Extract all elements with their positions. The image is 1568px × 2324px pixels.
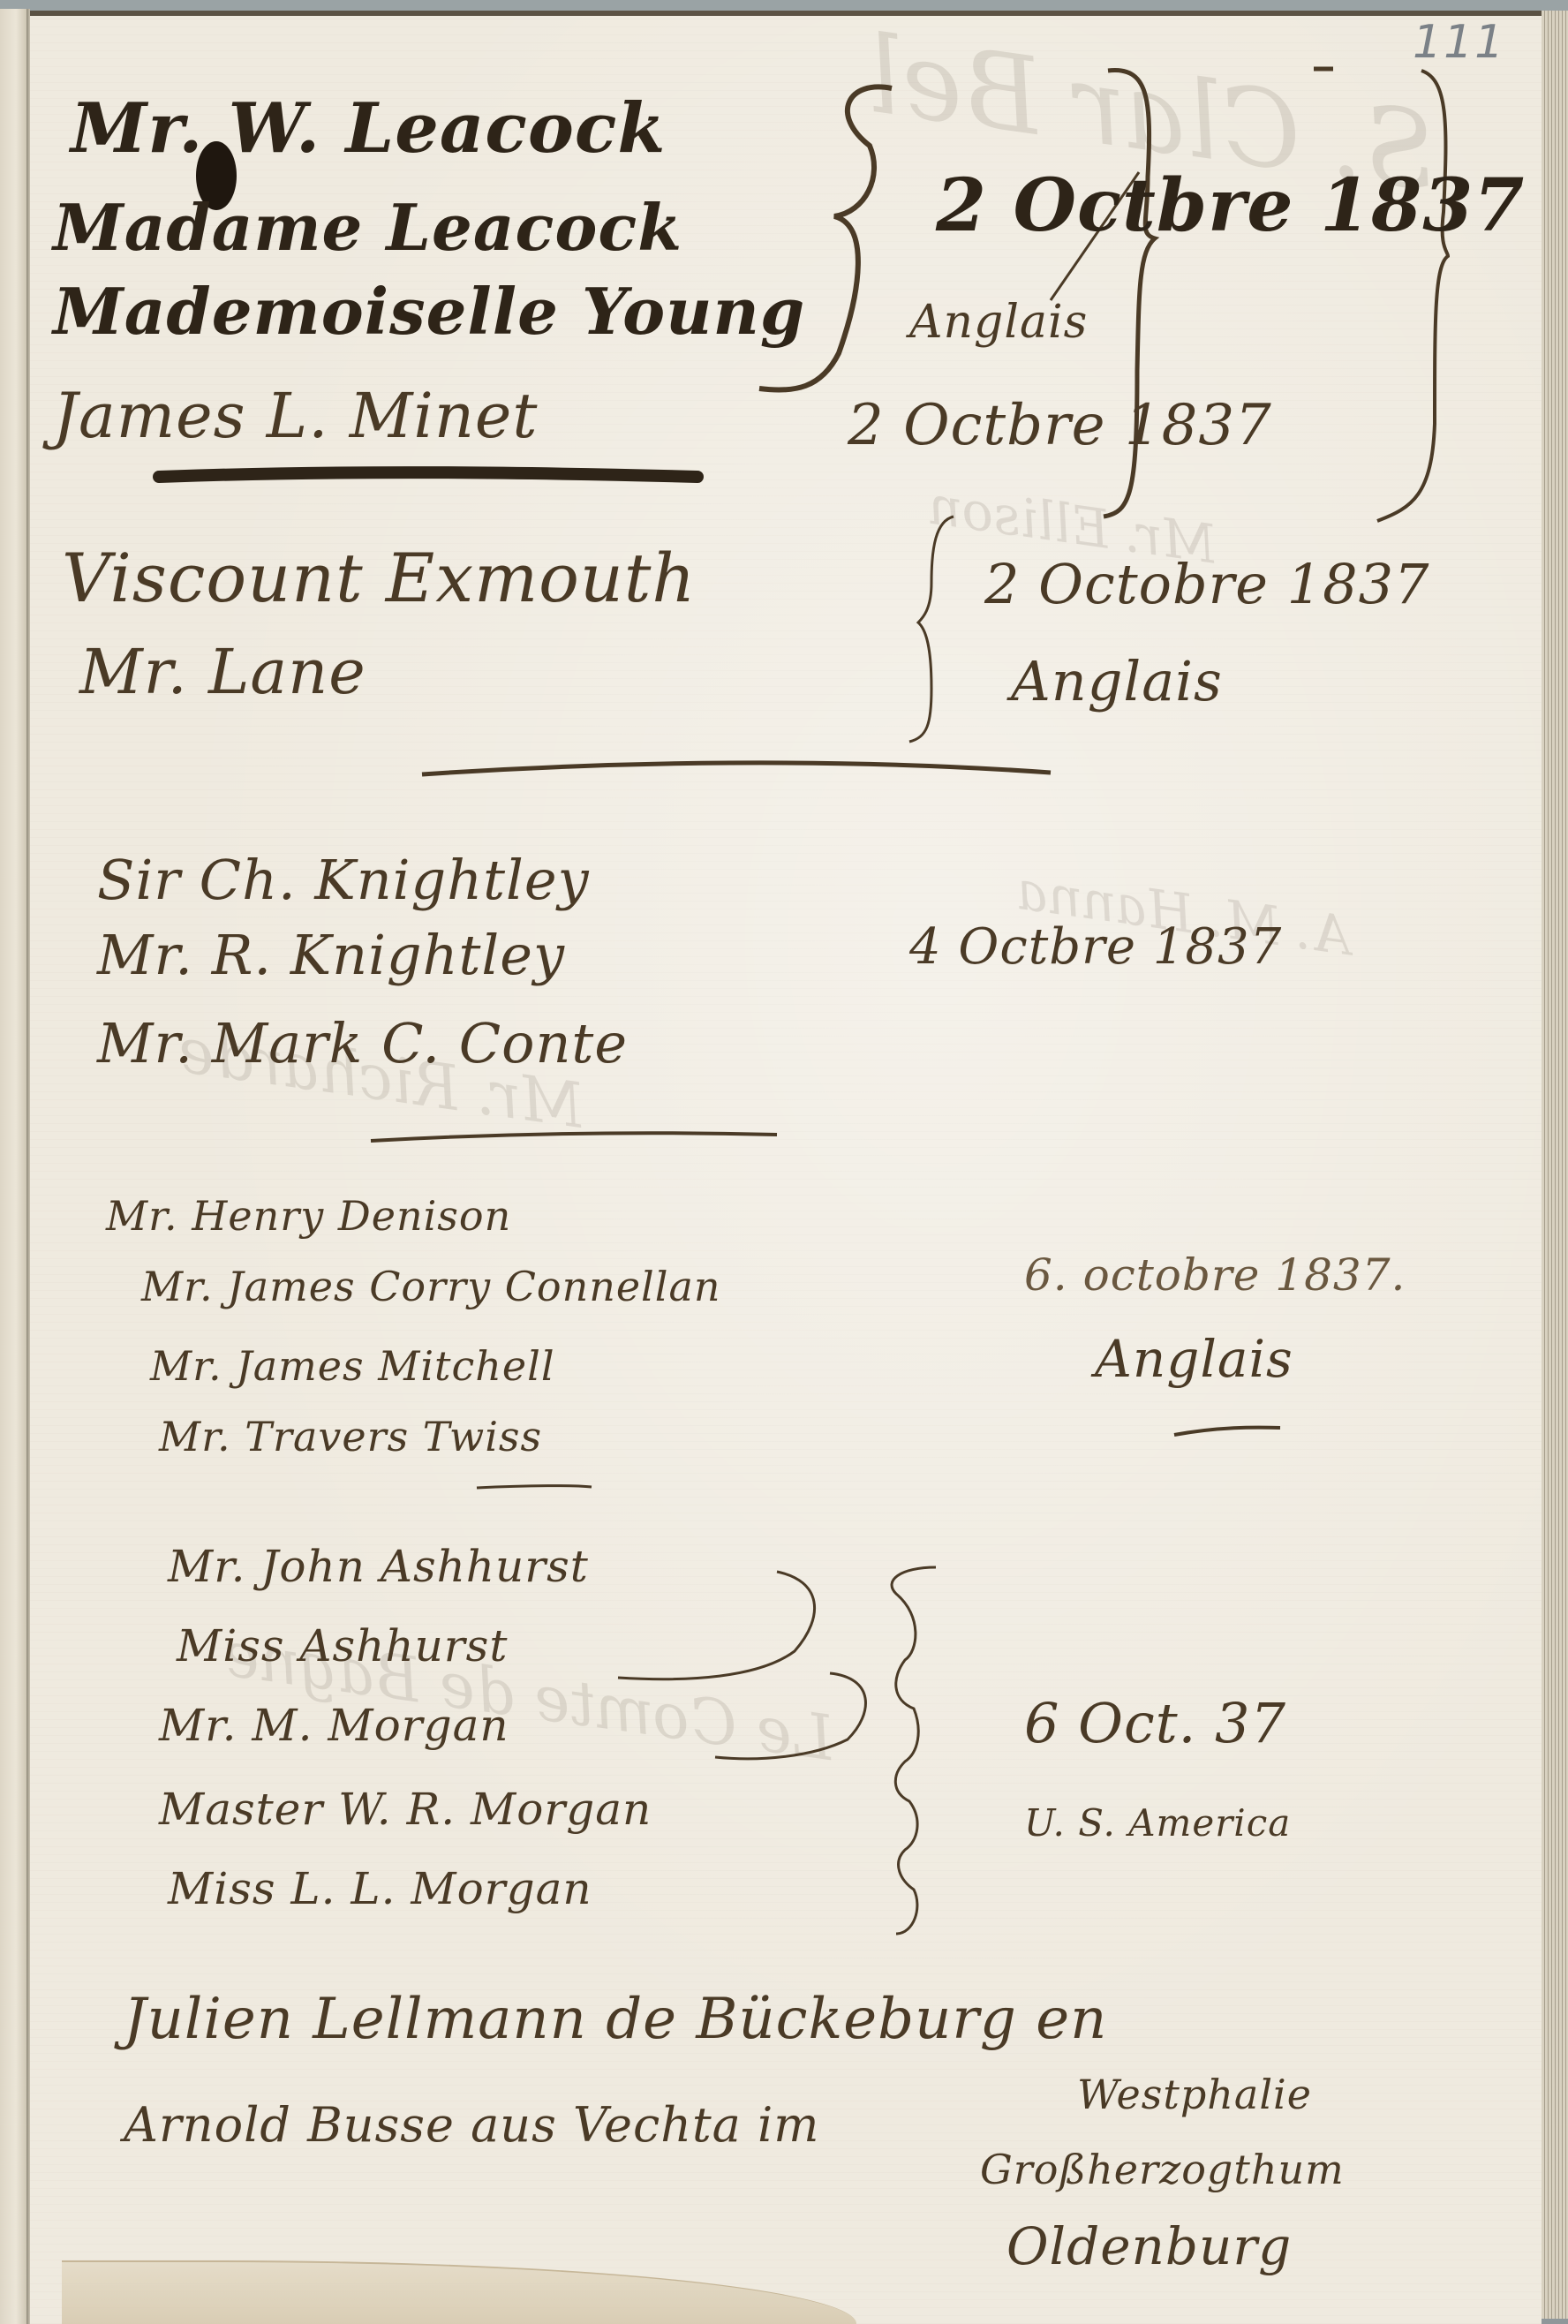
arrival-date: 6 Oct. 37 bbox=[1024, 1691, 1286, 1755]
guest-name: Mademoiselle Young bbox=[53, 274, 805, 349]
arrival-date: 2 Octbre 1837 bbox=[936, 163, 1525, 248]
nationality: Anglais bbox=[1095, 1329, 1293, 1389]
guest-entry-line: Großherzogthum bbox=[980, 2146, 1345, 2193]
guest-name: Master W. R. Morgan bbox=[159, 1784, 652, 1835]
guest-name: Mr. James Corry Connellan bbox=[141, 1263, 721, 1310]
guest-name: James L. Minet bbox=[53, 380, 538, 452]
guest-name: Mr. Lane bbox=[79, 636, 366, 708]
guest-entry-line: Westphalie bbox=[1077, 2071, 1312, 2118]
nationality: U. S. America bbox=[1024, 1801, 1291, 1845]
nationality: Anglais bbox=[909, 296, 1088, 349]
guest-name: Mr. Travers Twiss bbox=[159, 1413, 542, 1460]
guest-name: Miss L. L. Morgan bbox=[168, 1863, 592, 1914]
guest-name: Mr. Mark C. Conte bbox=[97, 1011, 628, 1075]
guest-entry-line: Oldenburg bbox=[1006, 2216, 1292, 2276]
guest-entry-line: Julien Lellmann de Bückeburg en bbox=[124, 1987, 1107, 2052]
guest-name: Sir Ch. Knightley bbox=[97, 848, 590, 912]
guest-name: Mr. W. Leacock bbox=[71, 88, 666, 169]
arrival-date: 4 Octbre 1837 bbox=[909, 918, 1282, 976]
departure-date: 2 Octbre 1837 bbox=[848, 393, 1272, 458]
guest-name: Miss Ashhurst bbox=[177, 1620, 508, 1671]
guest-name: Madame Leacock bbox=[53, 190, 682, 265]
guest-entry-line: Arnold Busse aus Vechta im bbox=[124, 2097, 820, 2153]
guest-name: Mr. Henry Denison bbox=[106, 1192, 511, 1240]
arrival-date: 2 Octobre 1837 bbox=[984, 552, 1429, 616]
guest-name: Mr. James Mitchell bbox=[150, 1342, 555, 1390]
arrival-date: 6. octobre 1837. bbox=[1024, 1249, 1406, 1301]
guest-name: Mr. John Ashhurst bbox=[168, 1541, 589, 1592]
guest-name: Mr. M. Morgan bbox=[159, 1700, 509, 1751]
guest-name: Viscount Exmouth bbox=[62, 539, 696, 617]
nationality: Anglais bbox=[1011, 649, 1223, 713]
guest-name: Mr. R. Knightley bbox=[97, 923, 565, 987]
